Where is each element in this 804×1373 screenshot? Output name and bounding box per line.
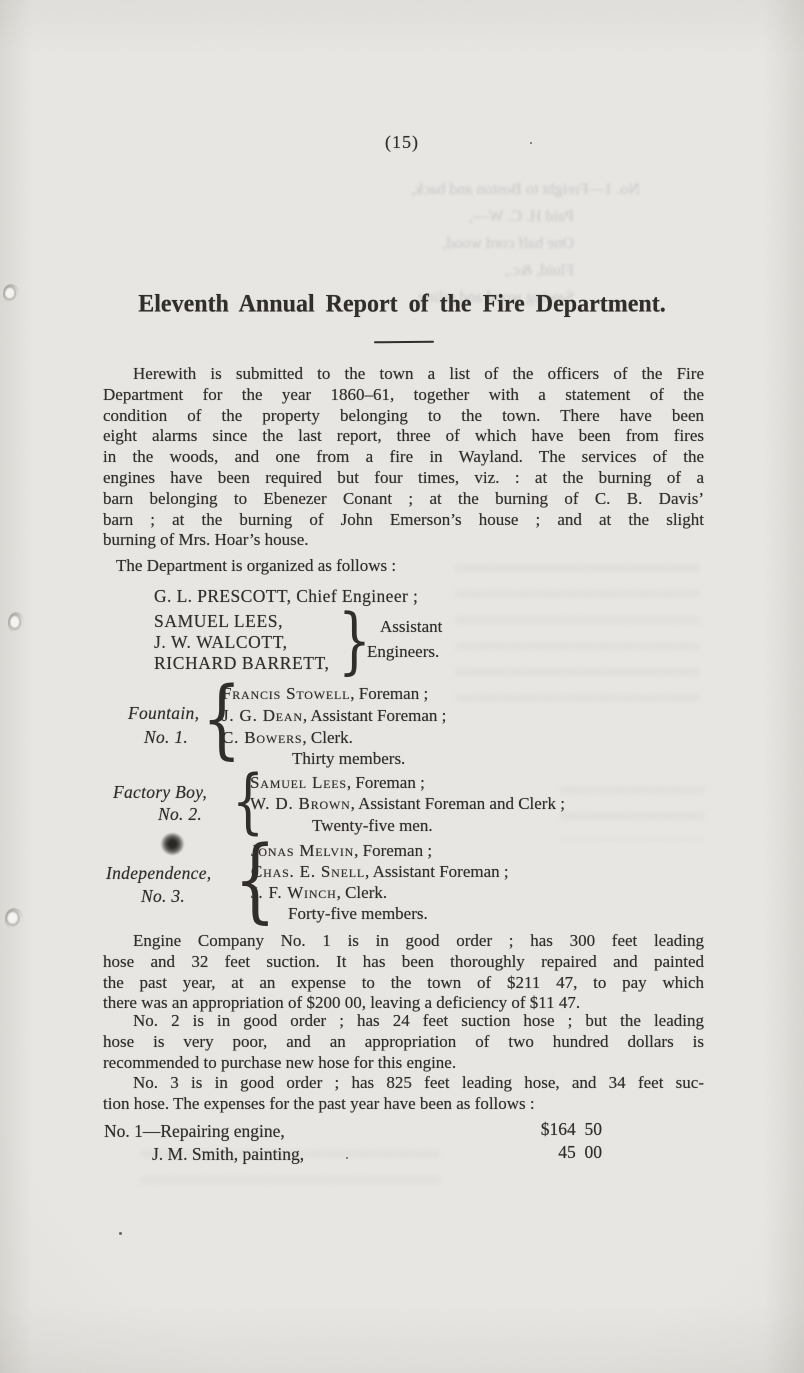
assistant-engineer-names: SAMUEL LEES, J. W. WALCOTT, RICHARD BARR… — [154, 611, 330, 674]
paper-speck — [346, 1157, 348, 1159]
intro-line: barn belonging to Ebenezer Conant ; at t… — [103, 489, 704, 510]
assistant-engineer-name: SAMUEL LEES, — [154, 611, 330, 632]
intro-line: engines have been required but four time… — [103, 468, 704, 489]
engine1-line: hose and 32 feet suction. It has been th… — [103, 952, 704, 973]
engine2-paragraph: No. 2 is in good order ; has 24 feet suc… — [103, 1011, 704, 1073]
chief-engineer-line: G. L. PRESCOTT, Chief Engineer ; — [154, 586, 418, 607]
assistant-label-bottom: Engineers. — [367, 642, 439, 662]
officer-role: , Assistant Foreman ; — [303, 706, 447, 725]
engineers-brace: } — [338, 604, 371, 676]
officer-role: , Clerk. — [337, 883, 388, 902]
paper-blemish — [8, 612, 24, 634]
engine3-line: No. 3 is in good order ; has 825 feet le… — [103, 1073, 704, 1094]
officer-line: Chas. E. Snell, Assistant Foreman ; — [251, 862, 509, 882]
intro-line: barn ; at the burning of John Emerson’s … — [103, 510, 704, 531]
engine1-paragraph: Engine Company No. 1 is in good order ; … — [103, 931, 704, 1014]
officer-name: Francis Stowell — [222, 684, 350, 703]
members-line: Twenty-five men. — [312, 816, 433, 836]
bleedthrough-line: No. 1—Freight to Boston and back, — [225, 176, 640, 203]
officer-line: Samuel Lees, Foreman ; — [250, 773, 425, 793]
engine1-line: the past year, at an expense to the town… — [103, 973, 704, 994]
engine3-paragraph: No. 3 is in good order ; has 825 feet le… — [103, 1073, 704, 1115]
organized-line: The Department is organized as follows : — [116, 556, 396, 576]
intro-paragraph: Herewith is submitted to the town a list… — [103, 364, 704, 551]
bleedthrough-line: Paid H. C. W—, — [225, 203, 574, 230]
engine1-line: Engine Company No. 1 is in good order ; … — [103, 931, 704, 952]
officer-role: , Assistant Foreman ; — [365, 862, 509, 881]
members-line: Forty-five members. — [288, 904, 428, 924]
officer-line: Jonas Melvin, Foreman ; — [251, 841, 432, 861]
company-fountain-number: No. 1. — [144, 727, 188, 748]
officer-name: Samuel Lees — [250, 773, 347, 792]
company-fountain-name: Fountain, — [128, 703, 199, 724]
assistant-label-top: Assistant — [380, 617, 442, 637]
officer-name: Chas. E. Snell — [251, 862, 365, 881]
company-factoryboy-name: Factory Boy, — [113, 782, 207, 803]
paper-blemish — [3, 284, 19, 304]
bleedthrough-line: One half cord wood, — [225, 230, 574, 257]
paper-speck — [530, 142, 532, 144]
intro-line: condition of the property belonging to t… — [103, 406, 704, 427]
officer-role: , Clerk. — [302, 728, 353, 747]
officer-role: , Foreman ; — [347, 773, 425, 792]
expense-amount: $164 50 — [500, 1119, 602, 1140]
engine2-line: recommended to purchase new hose for thi… — [103, 1053, 704, 1074]
bleedthrough-streaks — [455, 556, 700, 704]
report-title: Eleventh Annual Report of the Fire Depar… — [0, 290, 804, 318]
company-independence-name: Independence, — [106, 863, 211, 884]
officer-name: Jonas Melvin — [251, 841, 354, 860]
intro-line: in the woods, and one from a fire in Way… — [103, 447, 704, 468]
intro-line: Department for the year 1860–61, togethe… — [103, 385, 704, 406]
intro-line: eight alarms since the last report, thre… — [103, 426, 704, 447]
officer-line: J. F. Winch, Clerk. — [251, 883, 387, 903]
expense-amount: 45 00 — [500, 1142, 602, 1163]
members-line: Thirty members. — [292, 749, 405, 769]
company-factoryboy-number: No. 2. — [158, 804, 202, 825]
assistant-engineer-name: RICHARD BARRETT, — [154, 653, 330, 674]
expense-label: No. 1—Repairing engine, — [104, 1121, 285, 1142]
officer-name: W. D. Brown — [250, 794, 351, 813]
engine2-line: No. 2 is in good order ; has 24 feet suc… — [103, 1011, 704, 1032]
officer-name: J. F. Winch — [251, 883, 337, 902]
bleedthrough-streaks — [560, 778, 705, 840]
officer-line: C. Bowers, Clerk. — [222, 728, 353, 748]
officer-name: J. G. Dean — [222, 706, 303, 725]
officer-role: , Assistant Foreman and Clerk ; — [351, 794, 565, 813]
officer-name: C. Bowers — [222, 728, 302, 747]
officer-role: , Foreman ; — [354, 841, 432, 860]
intro-line: burning of Mrs. Hoar’s house. — [103, 530, 704, 551]
bleedthrough-line: Fluid, &c., — [225, 257, 574, 284]
officer-line: W. D. Brown, Assistant Foreman and Clerk… — [250, 794, 565, 814]
paper-speck — [119, 1232, 122, 1235]
scanned-page: No. 1—Freight to Boston and back, Paid H… — [0, 0, 804, 1373]
page-number: (15) — [0, 132, 804, 153]
officer-line: J. G. Dean, Assistant Foreman ; — [222, 706, 446, 726]
officer-line: Francis Stowell, Foreman ; — [222, 684, 428, 704]
engine2-line: hose is very poor, and an appropriation … — [103, 1032, 704, 1053]
company-independence-number: No. 3. — [141, 886, 185, 907]
ink-blot — [161, 833, 184, 855]
engine3-line: tion hose. The expenses for the past yea… — [103, 1094, 704, 1115]
paper-blemish — [5, 908, 23, 930]
expense-label: J. M. Smith, painting, — [152, 1144, 304, 1165]
intro-line: Herewith is submitted to the town a list… — [103, 364, 704, 385]
assistant-engineer-name: J. W. WALCOTT, — [154, 632, 330, 653]
title-rule — [374, 341, 434, 344]
officer-role: , Foreman ; — [350, 684, 428, 703]
